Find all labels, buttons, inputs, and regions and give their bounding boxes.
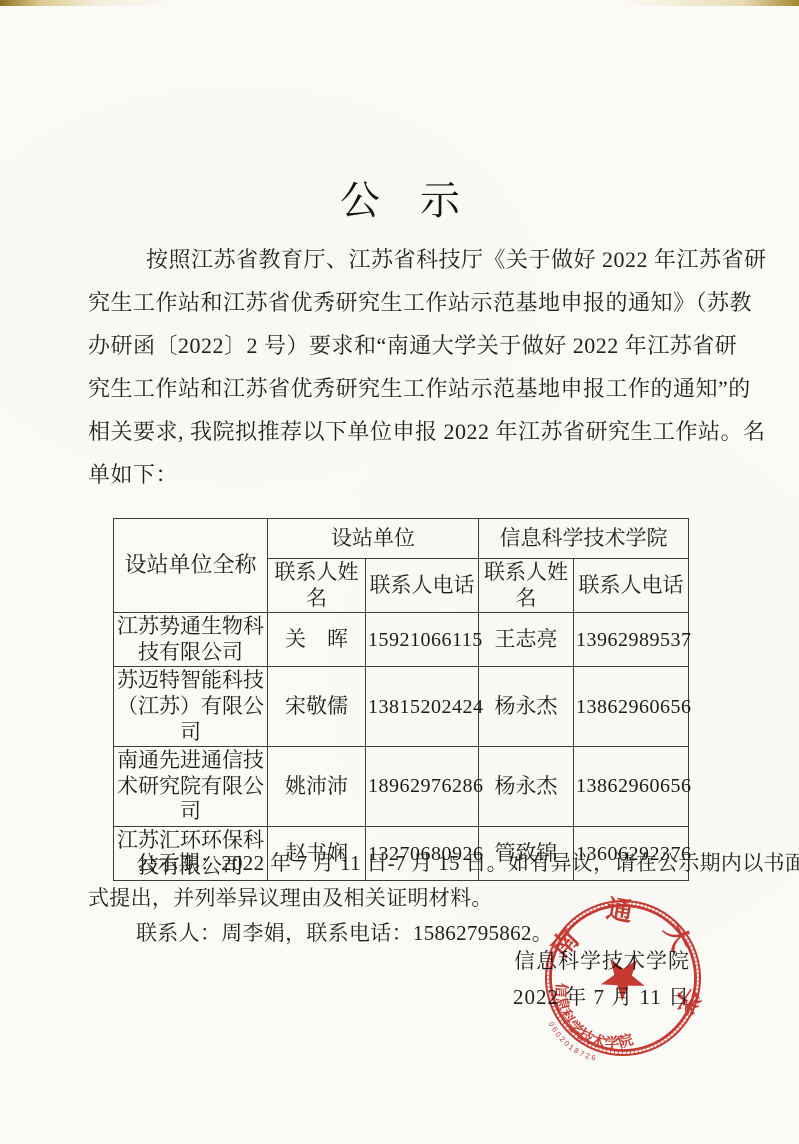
official-seal-stamp: 南通大学 信息科学技术学院 0602018726 bbox=[538, 893, 708, 1063]
page-title: 公 示 bbox=[88, 176, 712, 226]
unit-contact-name-cell: 姚沛沛 bbox=[268, 747, 366, 827]
paragraph-line: 按照江苏省教育厅、江苏省科技厅《关于做好 2022 年江苏省研 bbox=[88, 238, 716, 281]
company-name-cell: 江苏势通生物科技有限公司 bbox=[114, 613, 268, 667]
unit-contact-phone-cell: 18962976286 bbox=[366, 747, 479, 827]
paragraph-line: 究生工作站和江苏省优秀研究生工作站示范基地申报工作的通知”的 bbox=[88, 367, 716, 410]
col-header-school-contact-phone: 联系人电话 bbox=[574, 559, 689, 613]
unit-contact-name-cell: 宋敬儒 bbox=[268, 667, 366, 747]
school-contact-phone-cell: 13862960656 bbox=[574, 747, 689, 827]
school-contact-phone-cell: 13862960656 bbox=[574, 667, 689, 747]
paragraph-line: 相关要求, 我院拟推荐以下单位申报 2022 年江苏省研究生工作站。名 bbox=[88, 410, 716, 453]
recommendation-table: 设站单位全称 设站单位 信息科学技术学院 联系人姓名 联系人电话 联系人姓名 联… bbox=[113, 518, 689, 881]
table-row: 江苏势通生物科技有限公司 关 晖 15921066115 王志亮 1396298… bbox=[114, 613, 689, 667]
company-name-cell: 南通先进通信技术研究院有限公司 bbox=[114, 747, 268, 827]
paragraph-line: 单如下： bbox=[88, 453, 716, 496]
col-header-school-contact-name: 联系人姓名 bbox=[479, 559, 574, 613]
col-header-company-full-name: 设站单位全称 bbox=[114, 519, 268, 613]
school-contact-name-cell: 杨永杰 bbox=[479, 667, 574, 747]
unit-contact-phone-cell: 15921066115 bbox=[366, 613, 479, 667]
col-header-unit-contact-name: 联系人姓名 bbox=[268, 559, 366, 613]
notice-line: 公示期：2022 年 7 月 11 日-7 月 15 日。如有异议，请在公示期内… bbox=[88, 846, 722, 881]
seal-star-icon bbox=[594, 946, 654, 1006]
unit-contact-phone-cell: 13815202424 bbox=[366, 667, 479, 747]
col-group-school: 信息科学技术学院 bbox=[479, 519, 689, 559]
paragraph-line: 办研函〔2022〕2 号）要求和“南通大学关于做好 2022 年江苏省研 bbox=[88, 324, 716, 367]
table-header-row: 设站单位全称 设站单位 信息科学技术学院 bbox=[114, 519, 689, 559]
notice-document-page: 公 示 按照江苏省教育厅、江苏省科技厅《关于做好 2022 年江苏省研 究生工作… bbox=[0, 0, 799, 1144]
company-name-cell: 苏迈特智能科技（江苏）有限公司 bbox=[114, 667, 268, 747]
paragraph-line: 究生工作站和江苏省优秀研究生工作站示范基地申报的通知》（苏教 bbox=[88, 281, 716, 324]
table-row: 南通先进通信技术研究院有限公司 姚沛沛 18962976286 杨永杰 1386… bbox=[114, 747, 689, 827]
table-row: 苏迈特智能科技（江苏）有限公司 宋敬儒 13815202424 杨永杰 1386… bbox=[114, 667, 689, 747]
unit-contact-name-cell: 关 晖 bbox=[268, 613, 366, 667]
school-contact-phone-cell: 13962989537 bbox=[574, 613, 689, 667]
scan-edge-artifact bbox=[0, 0, 799, 6]
body-paragraph: 按照江苏省教育厅、江苏省科技厅《关于做好 2022 年江苏省研 究生工作站和江苏… bbox=[88, 238, 716, 496]
col-header-unit-contact-phone: 联系人电话 bbox=[366, 559, 479, 613]
school-contact-name-cell: 杨永杰 bbox=[479, 747, 574, 827]
school-contact-name-cell: 王志亮 bbox=[479, 613, 574, 667]
col-group-station-unit: 设站单位 bbox=[268, 519, 479, 559]
